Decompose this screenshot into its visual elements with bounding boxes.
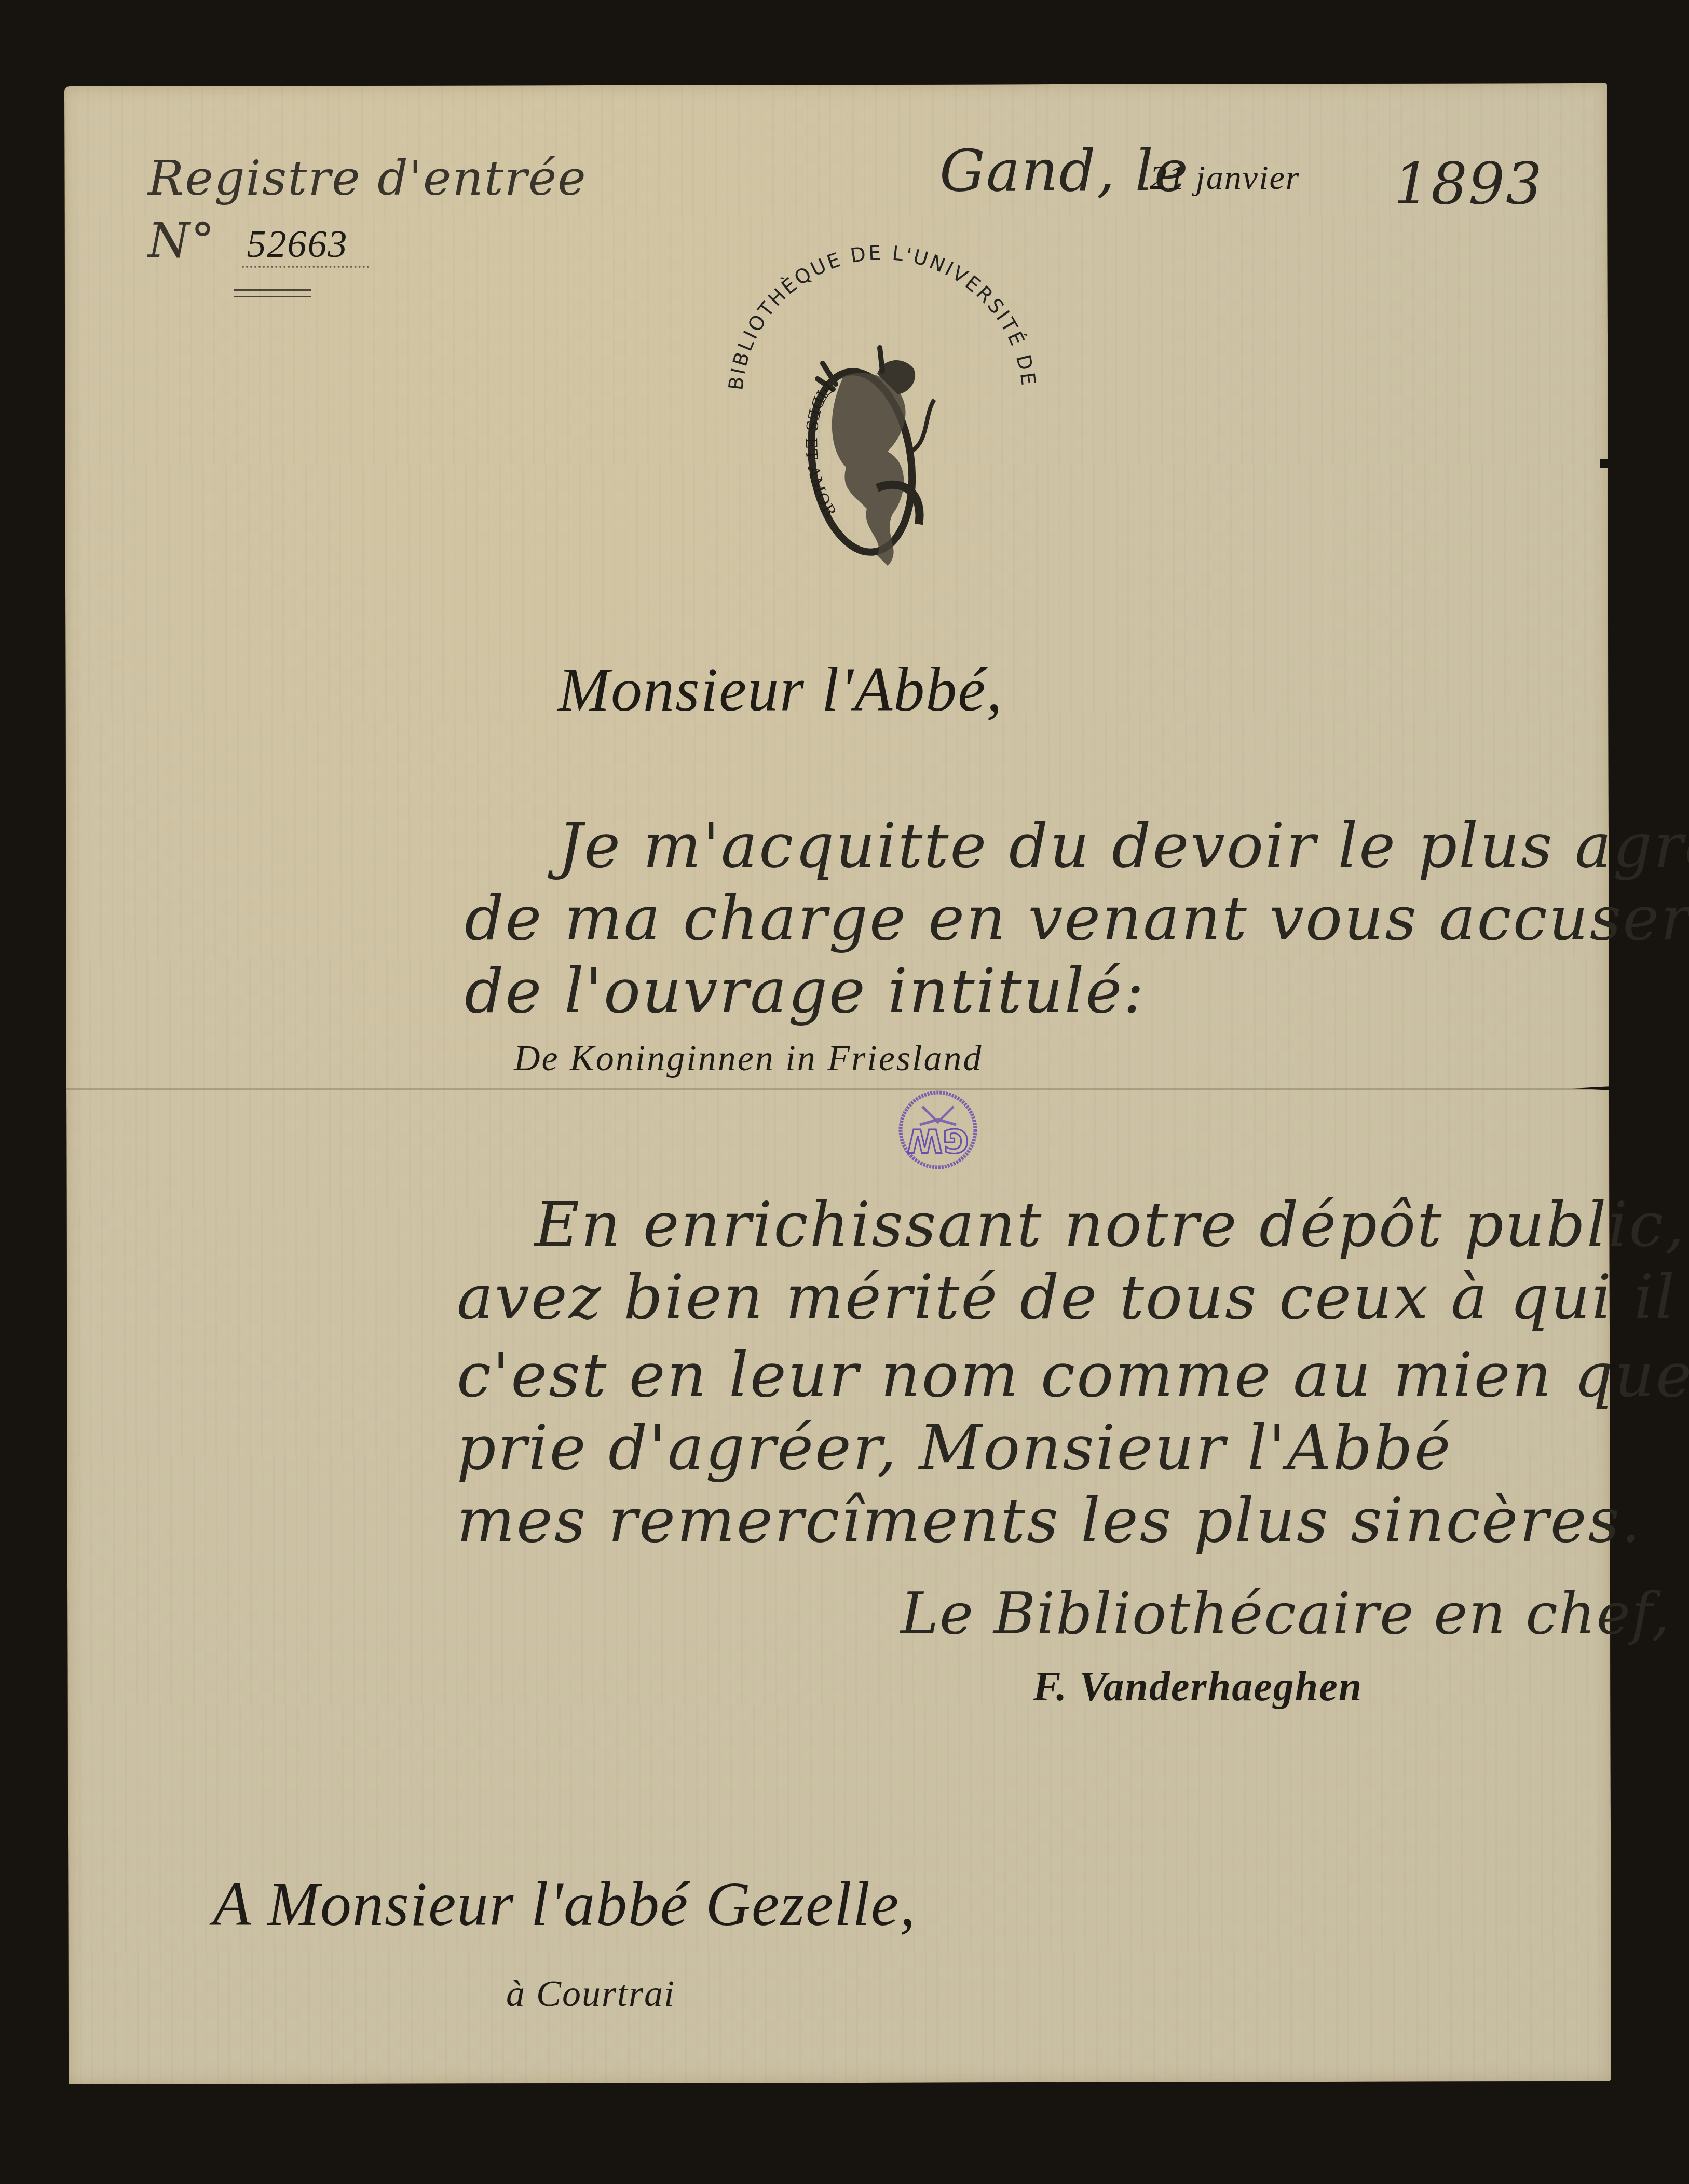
paper-edge-tear — [1600, 459, 1611, 468]
signature: F. Vanderhaeghen — [1033, 1663, 1363, 1711]
work-title: De Koninginnen in Friesland — [514, 1038, 983, 1080]
paper-fold-crease — [66, 1088, 1609, 1090]
register-number-row: N°52663 — [148, 213, 369, 268]
closing-title: Le Bibliothécaire en chef, — [901, 1580, 1671, 1647]
dateline-year: 1893 — [1394, 151, 1543, 217]
body-line-1: Je m'acquitte du devoir le plus agréable — [558, 810, 1689, 881]
emblem-institution-text: BIBLIOTHÈQUE DE L'UNIVERSITÉ DE GAND. — [706, 244, 1041, 397]
body-line-3: de l'ouvrage intitulé: — [465, 955, 1146, 1027]
body-line-8: mes remercîments les plus sincères. — [457, 1484, 1642, 1556]
dateline-day-month: 21 janvier — [1150, 158, 1300, 198]
library-emblem: BIBLIOTHÈQUE DE L'UNIVERSITÉ DE GAND. FI… — [706, 244, 1059, 576]
body-line-2: de ma charge en venant vous accuser réce… — [465, 882, 1689, 954]
emblem-motto-text: FIDES ET AMOR — [801, 378, 840, 521]
addressee-city: à Courtrai — [506, 1972, 675, 2015]
addressee-name: A Monsieur l'abbé Gezelle, — [213, 1868, 916, 1940]
body-line-5: avez bien mérité de tous ceux à qui il e… — [457, 1261, 1689, 1333]
double-rule-divider — [234, 289, 311, 297]
stamp-monogram: GW — [907, 1122, 969, 1159]
body-line-4: En enrichissant notre dépôt public, vous — [535, 1189, 1689, 1260]
register-number-value: 52663 — [242, 223, 369, 268]
register-label: Registre d'entrée — [148, 151, 587, 206]
salutation: Monsieur l'Abbé, — [558, 654, 1003, 726]
library-stamp: GW — [894, 1086, 982, 1174]
body-line-6: c'est en leur nom comme au mien que je v… — [457, 1339, 1689, 1411]
body-line-7: prie d'agréer, Monsieur l'Abbé — [457, 1412, 1452, 1483]
register-number-label: N° — [148, 213, 216, 268]
